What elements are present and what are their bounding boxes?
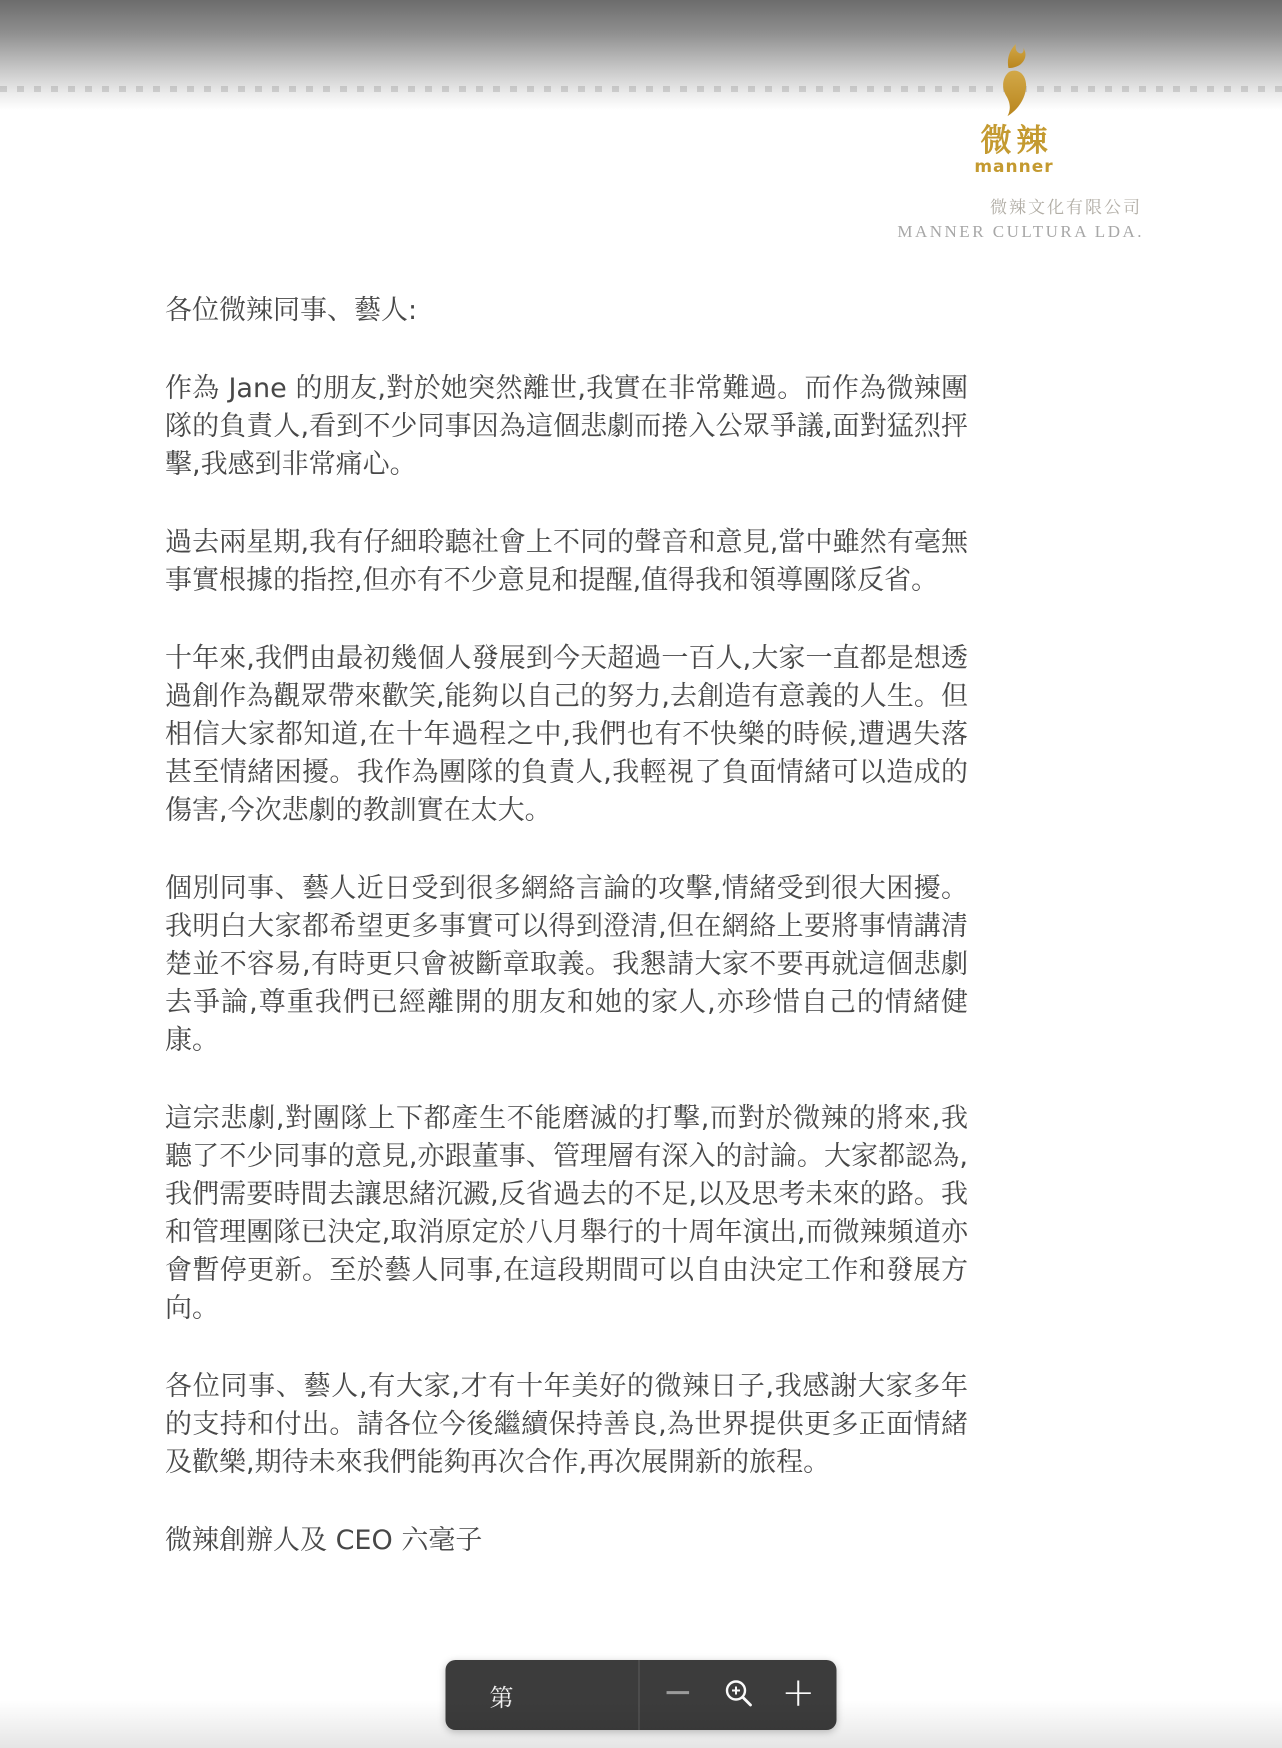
letter-greeting: 各位微辣同事、藝人: [165, 292, 968, 330]
letter-paragraph: 這宗悲劇,對團隊上下都產生不能磨滅的打擊,而對於微辣的將來,我聽了不少同事的意見… [165, 1100, 968, 1328]
page-indicator-button[interactable]: 第 [446, 1660, 639, 1730]
letter-paragraph: 各位同事、藝人,有大家,才有十年美好的微辣日子,我感謝大家多年的支持和付出。請各… [165, 1368, 968, 1482]
zoom-out-button[interactable]: − [656, 1668, 700, 1722]
plus-icon: + [781, 1673, 815, 1713]
zoom-reset-button[interactable] [716, 1668, 760, 1722]
letter-body: 各位微辣同事、藝人: 作為 Jane 的朋友,對於她突然離世,我實在非常難過。而… [165, 0, 968, 1560]
letter-signature: 微辣創辦人及 CEO 六毫子 [165, 1522, 968, 1560]
document-page: 微辣 manner 微辣文化有限公司 MANNER CULTURA LDA. 各… [0, 0, 1282, 1748]
zoom-controls: − + [640, 1660, 837, 1730]
letter-paragraph: 過去兩星期,我有仔細聆聽社會上不同的聲音和意見,當中雖然有毫無事實根據的指控,但… [165, 524, 968, 600]
zoom-in-button[interactable]: + [776, 1668, 820, 1722]
letter-paragraph: 個別同事、藝人近日受到很多網絡言論的攻擊,情緒受到很大困擾。我明白大家都希望更多… [165, 870, 968, 1060]
letter-paragraph: 十年來,我們由最初幾個人發展到今天超過一百人,大家一直都是想透過創作為觀眾帶來歡… [165, 640, 968, 830]
magnifier-plus-icon [722, 1677, 754, 1713]
page-indicator-label: 第 [490, 1678, 514, 1713]
viewer-toolbar: 第 − + [446, 1660, 837, 1730]
minus-icon: − [663, 1675, 693, 1711]
letter-paragraph: 作為 Jane 的朋友,對於她突然離世,我實在非常難過。而作為微辣團隊的負責人,… [165, 370, 968, 484]
